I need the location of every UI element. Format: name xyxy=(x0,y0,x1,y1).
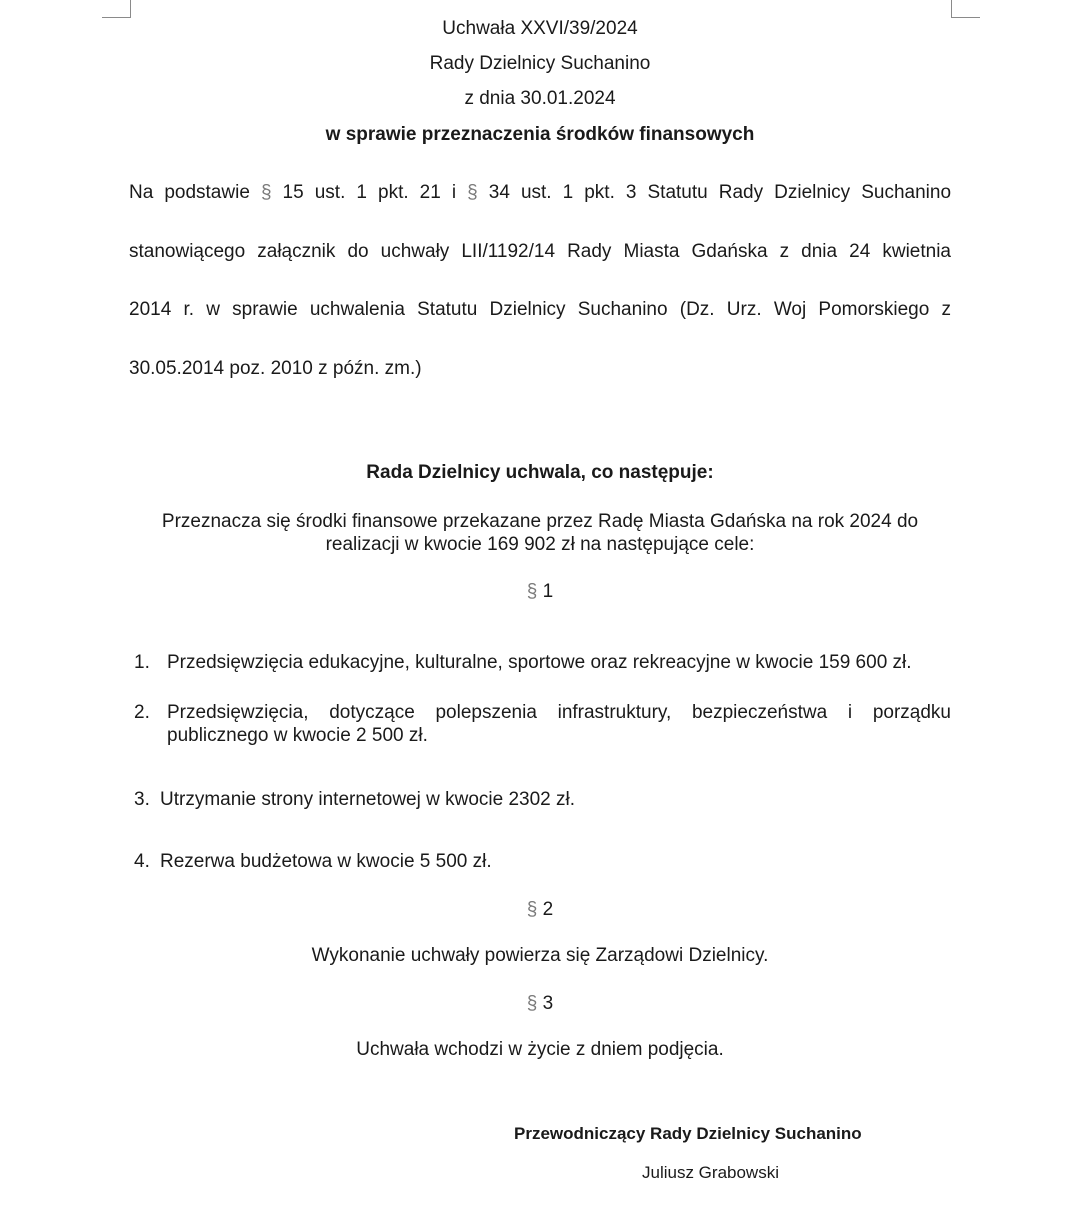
list-item-text: Przedsięwzięcia edukacyjne, kulturalne, … xyxy=(167,651,951,674)
list-item-number: 2. xyxy=(134,701,150,724)
page-corner-mark-left xyxy=(102,0,131,18)
legal-basis-line-2: stanowiącego załącznik do uchwały LII/11… xyxy=(129,240,951,264)
signature-name: Juliusz Grabowski xyxy=(642,1162,779,1184)
section-2-heading: § 2 xyxy=(0,898,1080,922)
council-name: Rady Dzielnicy Suchanino xyxy=(0,52,1080,76)
list-item-2: 2. Przedsięwzięcia, dotyczące polepszeni… xyxy=(0,701,1080,747)
legal-basis-line-3: 2014 r. w sprawie uchwalenia Statutu Dzi… xyxy=(129,298,951,322)
resolution-number: Uchwała XXVI/39/2024 xyxy=(0,17,1080,41)
list-item-text: Utrzymanie strony internetowej w kwocie … xyxy=(160,788,944,811)
intro-line-2: realizacji w kwocie 169 902 zł na następ… xyxy=(0,533,1080,557)
page-corner-mark-right xyxy=(951,0,980,18)
section-number: 1 xyxy=(543,581,554,602)
legal-basis-line-1: Na podstawie § 15 ust. 1 pkt. 21 i § 34 … xyxy=(129,181,951,205)
section-symbol: § xyxy=(467,182,478,203)
section-3-heading: § 3 xyxy=(0,992,1080,1016)
section-1-heading: § 1 xyxy=(0,580,1080,604)
resolves-heading: Rada Dzielnicy uchwala, co następuje: xyxy=(0,461,1080,485)
resolution-subject: w sprawie przeznaczenia środków finansow… xyxy=(0,123,1080,147)
signature-title: Przewodniczący Rady Dzielnicy Suchanino xyxy=(514,1123,862,1145)
section-symbol: § xyxy=(527,899,538,920)
section-symbol: § xyxy=(261,182,272,203)
resolution-date: z dnia 30.01.2024 xyxy=(0,87,1080,111)
section-symbol: § xyxy=(527,581,538,602)
section-3-text: Uchwała wchodzi w życie z dniem podjęcia… xyxy=(0,1038,1080,1062)
list-item-number: 3. xyxy=(134,788,150,811)
list-item-number: 4. xyxy=(134,850,150,873)
intro-line-1: Przeznacza się środki finansowe przekaza… xyxy=(0,510,1080,534)
list-item-text-line-1: Przedsięwzięcia, dotyczące polepszenia i… xyxy=(167,701,951,724)
list-item-text: Rezerwa budżetowa w kwocie 5 500 zł. xyxy=(160,850,944,873)
list-item-text-line-2: publicznego w kwocie 2 500 zł. xyxy=(167,724,951,747)
section-number: 2 xyxy=(543,899,554,920)
list-item-number: 1. xyxy=(134,651,150,674)
section-symbol: § xyxy=(527,993,538,1014)
section-2-text: Wykonanie uchwały powierza się Zarządowi… xyxy=(0,944,1080,968)
section-number: 3 xyxy=(543,993,554,1014)
legal-basis-line-4: 30.05.2014 poz. 2010 z późn. zm.) xyxy=(129,357,951,381)
